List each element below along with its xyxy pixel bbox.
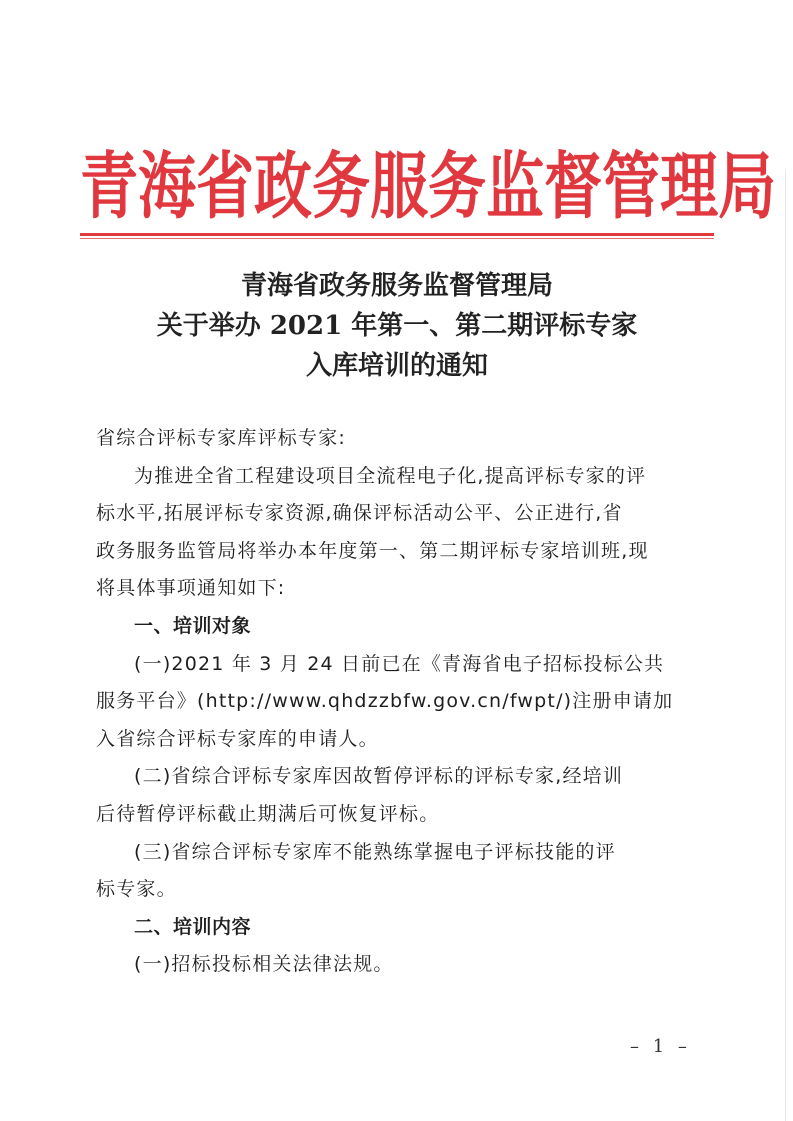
letterhead-char: 政 <box>254 128 312 233</box>
letterhead-char: 理 <box>660 128 718 233</box>
letterhead-char: 海 <box>138 128 196 233</box>
letterhead-divider-thick <box>80 233 714 236</box>
letterhead-char: 局 <box>718 128 776 233</box>
title-line-2: 关于举办 2021 年第一、第二期评标专家 <box>80 306 714 346</box>
target-item-3-line-1: (三)省综合评标专家库不能熟练掌握电子评标技能的评 <box>96 834 702 872</box>
content-item-1: (一)招标投标相关法律法规。 <box>96 946 702 984</box>
intro-line-4: 将具体事项通知如下: <box>96 570 702 608</box>
document-title: 青海省政务服务监督管理局 关于举办 2021 年第一、第二期评标专家 入库培训的… <box>80 266 714 386</box>
letterhead-char: 督 <box>544 128 602 233</box>
intro-line-1: 为推进全省工程建设项目全流程电子化,提高评标专家的评 <box>96 458 702 496</box>
letterhead-char: 务 <box>312 128 370 233</box>
section-heading-training-targets: 一、培训对象 <box>96 608 702 646</box>
document-body: 省综合评标专家库评标专家: 为推进全省工程建设项目全流程电子化,提高评标专家的评… <box>96 420 702 984</box>
salutation: 省综合评标专家库评标专家: <box>96 420 702 458</box>
letterhead-divider-thin <box>80 238 714 239</box>
letterhead-char: 省 <box>196 128 254 233</box>
letterhead-char: 务 <box>428 128 486 233</box>
section-heading-training-content: 二、培训内容 <box>96 909 702 947</box>
target-item-1-line-2: 服务平台》(http://www.qhdzzbfw.gov.cn/fwpt/)注… <box>96 683 702 721</box>
page-number: – 1 – <box>630 1036 691 1057</box>
title-line-3: 入库培训的通知 <box>80 346 714 386</box>
letterhead-char: 管 <box>602 128 660 233</box>
target-item-3-line-2: 标专家。 <box>96 871 702 909</box>
letterhead-char: 青 <box>80 128 138 233</box>
page-edge <box>785 170 786 1121</box>
letterhead-char: 监 <box>486 128 544 233</box>
intro-line-2: 标水平,拓展评标专家资源,确保评标活动公平、公正进行,省 <box>96 495 702 533</box>
target-item-2-line-1: (二)省综合评标专家库因故暂停评标的评标专家,经培训 <box>96 758 702 796</box>
title-line-1: 青海省政务服务监督管理局 <box>80 266 714 306</box>
target-item-1-line-1: (一)2021 年 3 月 24 日前已在《青海省电子招标投标公共 <box>96 646 702 684</box>
letterhead-char: 服 <box>370 128 428 233</box>
target-item-1-line-3: 入省综合评标专家库的申请人。 <box>96 721 702 759</box>
target-item-2-line-2: 后待暂停评标截止期满后可恢复评标。 <box>96 796 702 834</box>
letterhead-org-name: 青 海 省 政 务 服 务 监 督 管 理 局 <box>80 140 714 220</box>
intro-line-3: 政务服务监管局将举办本年度第一、第二期评标专家培训班,现 <box>96 533 702 571</box>
